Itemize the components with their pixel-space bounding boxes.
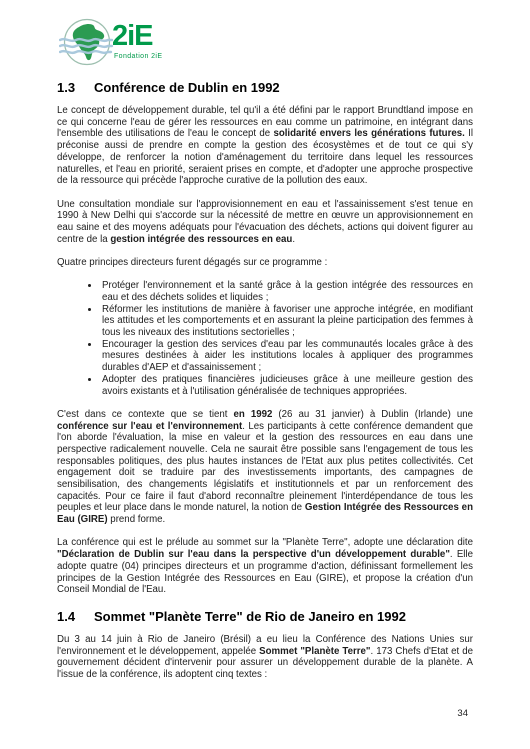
list-item: Adopter des pratiques financières judici… <box>100 374 473 397</box>
document-page: 2iE Fondation 2iE 1.3Conférence de Dubli… <box>0 0 530 749</box>
bold-run: solidarité envers les générations future… <box>273 128 464 139</box>
text-run: . Les participants à cette conférence de… <box>57 421 473 514</box>
section-title: Conférence de Dublin en 1992 <box>94 80 280 95</box>
paragraph-dublin-conference: C'est dans ce contexte que se tient en 1… <box>57 409 473 526</box>
text-run: prend forme. <box>108 514 166 525</box>
text-run: C'est dans ce contexte que se tient <box>57 409 234 420</box>
text-run: La conférence qui est le prélude au somm… <box>57 537 473 548</box>
page-number: 34 <box>457 708 468 719</box>
logo: 2iE Fondation 2iE <box>59 15 473 72</box>
bold-run: gestion intégrée des ressources en eau <box>110 234 292 245</box>
paragraph-rio-summit: Du 3 au 14 juin à Rio de Janeiro (Brésil… <box>57 634 473 681</box>
text-run: Quatre principes directeurs furent dégag… <box>57 257 327 268</box>
bold-run: conférence sur l'eau et l'environnement <box>57 421 242 432</box>
list-item: Protéger l'environnement et la santé grâ… <box>100 280 473 303</box>
logo-text: 2iE Fondation 2iE <box>112 22 162 60</box>
section-heading-1-4: 1.4Sommet "Planète Terre" de Rio de Jane… <box>57 609 473 624</box>
principles-list: Protéger l'environnement et la santé grâ… <box>57 280 473 397</box>
paragraph-dublin-declaration: La conférence qui est le prélude au somm… <box>57 537 473 596</box>
paragraph-principles-intro: Quatre principes directeurs furent dégag… <box>57 257 473 269</box>
section-title: Sommet "Planète Terre" de Rio de Janeiro… <box>94 609 406 624</box>
text-run: (26 au 31 janvier) à Dublin (Irlande) un… <box>272 409 473 420</box>
paragraph-new-delhi: Une consultation mondiale sur l'approvis… <box>57 199 473 246</box>
logo-subtitle: Fondation 2iE <box>112 53 162 60</box>
text-run: . <box>292 234 295 245</box>
bold-run: "Déclaration de Dublin sur l'eau dans la… <box>57 549 450 560</box>
list-item: Réformer les institutions de manière à f… <box>100 304 473 339</box>
page-content: 2iE Fondation 2iE 1.3Conférence de Dubli… <box>0 0 530 681</box>
africa-water-globe-icon <box>59 15 115 71</box>
section-number: 1.3 <box>57 80 94 95</box>
section-heading-1-3: 1.3Conférence de Dublin en 1992 <box>57 80 473 95</box>
logo-brand: 2iE <box>112 22 162 51</box>
list-item: Encourager la gestion des services d'eau… <box>100 339 473 374</box>
bold-run: Sommet "Planète Terre" <box>259 646 370 657</box>
section-number: 1.4 <box>57 609 94 624</box>
bold-run: en 1992 <box>234 409 273 420</box>
paragraph-brundtland: Le concept de développement durable, tel… <box>57 105 473 187</box>
